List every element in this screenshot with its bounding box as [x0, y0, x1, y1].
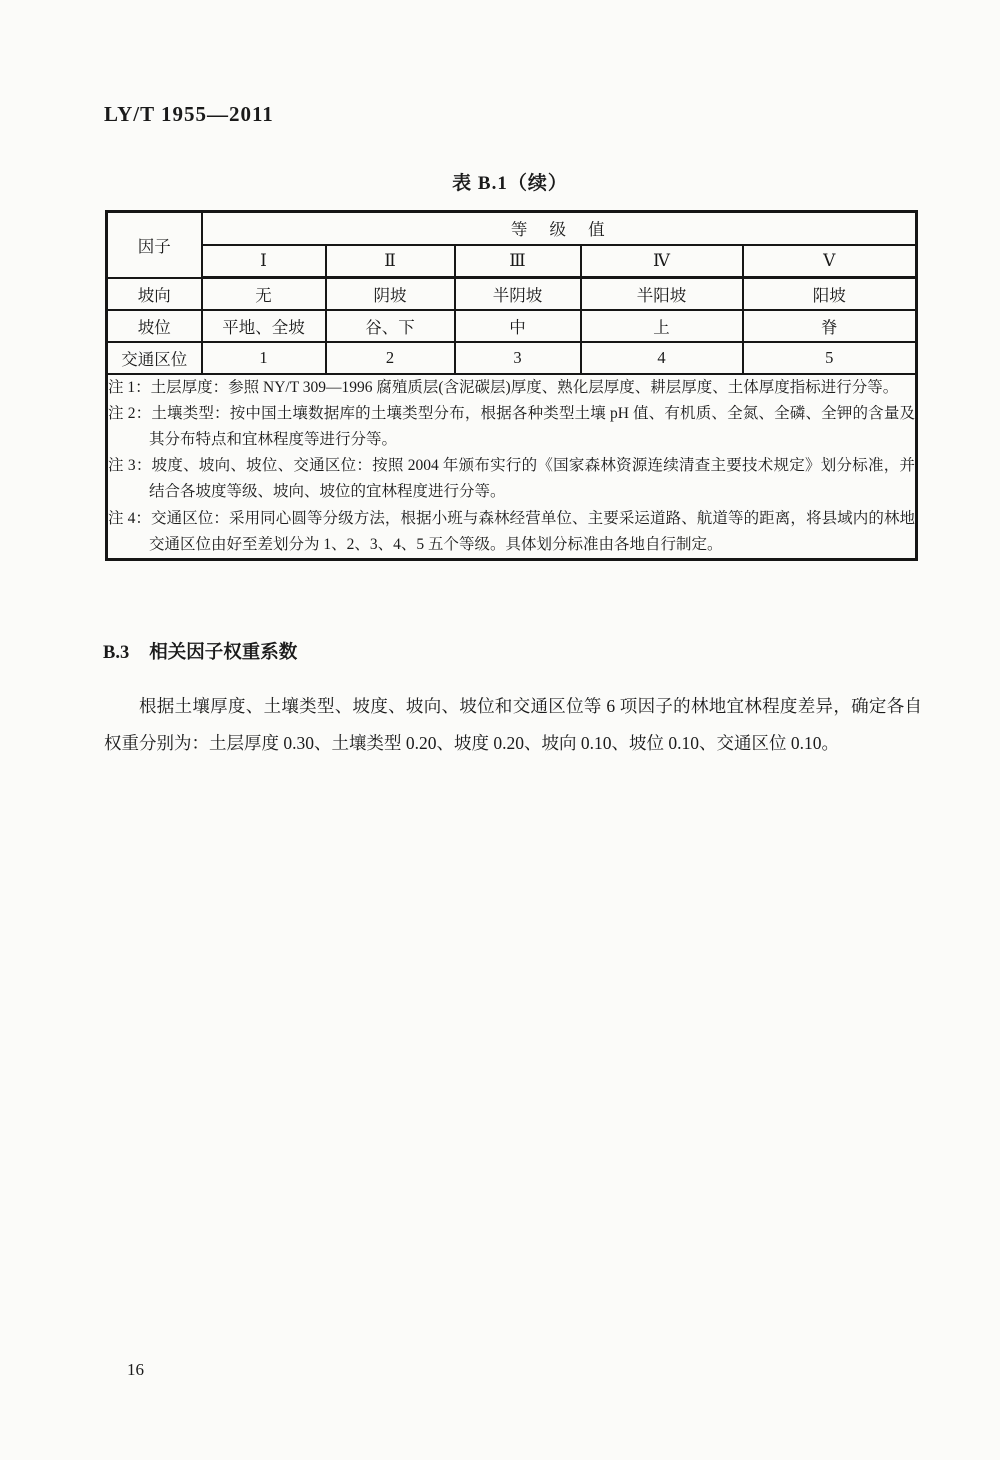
table-header-row-2: Ⅰ Ⅱ Ⅲ Ⅳ Ⅴ: [107, 245, 917, 278]
cell-value: 1: [202, 342, 326, 374]
cell-value: 阳坡: [743, 278, 917, 310]
section-number: B.3: [103, 643, 129, 663]
table-note-4: 注 4：交通区位：采用同心圆等分级方法，根据小班与森林经营单位、主要采运道路、航…: [108, 506, 915, 558]
row-factor-label: 坡位: [107, 310, 202, 342]
cell-value: 阴坡: [326, 278, 455, 310]
table-row-slope-aspect: 坡向 无 阴坡 半阴坡 半阳坡 阳坡: [107, 278, 917, 310]
table-row-slope-position: 坡位 平地、全坡 谷、下 中 上 脊: [107, 310, 917, 342]
header-cell-grade-value: 等 级 值: [202, 212, 917, 245]
note-text: 坡度、坡向、坡位、交通区位：按照 2004 年颁布实行的《国家森林资源连续清查主…: [149, 457, 915, 500]
row-factor-label: 坡向: [107, 278, 202, 310]
cell-value: 5: [743, 342, 917, 374]
table-note-1: 注 1：土层厚度：参照 NY/T 309—1996 腐殖质层(含泥碳层)厚度、熟…: [108, 375, 915, 401]
cell-value: 半阳坡: [581, 278, 743, 310]
header-cell-grade-1: Ⅰ: [202, 245, 326, 278]
table-row-traffic-location: 交通区位 1 2 3 4 5: [107, 342, 917, 374]
header-cell-grade-4: Ⅳ: [581, 245, 743, 278]
cell-value: 平地、全坡: [202, 310, 326, 342]
table-note-3: 注 3：坡度、坡向、坡位、交通区位：按照 2004 年颁布实行的《国家森林资源连…: [108, 453, 915, 505]
cell-value: 中: [455, 310, 581, 342]
note-label: 注 1：: [108, 379, 151, 396]
section-heading: B.3相关因子权重系数: [103, 638, 297, 664]
header-cell-factor: 因子: [107, 212, 202, 278]
page-number: 16: [127, 1360, 144, 1380]
header-cell-grade-2: Ⅱ: [326, 245, 455, 278]
standard-code: LY/T 1955—2011: [104, 102, 274, 127]
header-cell-grade-3: Ⅲ: [455, 245, 581, 278]
note-text: 土层厚度：参照 NY/T 309—1996 腐殖质层(含泥碳层)厚度、熟化层厚度…: [151, 379, 899, 396]
cell-value: 半阴坡: [455, 278, 581, 310]
section-title: 相关因子权重系数: [149, 643, 297, 663]
note-text: 土壤类型：按中国土壤数据库的土壤类型分布，根据各种类型土壤 pH 值、有机质、全…: [149, 405, 915, 448]
row-factor-label: 交通区位: [107, 342, 202, 374]
document-page: LY/T 1955—2011 表 B.1（续） 因子 等 级 值 Ⅰ Ⅱ Ⅲ Ⅳ…: [0, 0, 1000, 1460]
note-label: 注 3：: [108, 457, 152, 474]
cell-value: 4: [581, 342, 743, 374]
cell-value: 2: [326, 342, 455, 374]
cell-value: 无: [202, 278, 326, 310]
note-label: 注 4：: [108, 510, 151, 527]
table-notes-cell: 注 1：土层厚度：参照 NY/T 309—1996 腐殖质层(含泥碳层)厚度、熟…: [107, 374, 917, 560]
grade-value-table: 因子 等 级 值 Ⅰ Ⅱ Ⅲ Ⅳ Ⅴ 坡向 无 阴坡 半阴坡 半阳坡 阳坡 坡位…: [105, 210, 918, 561]
cell-value: 3: [455, 342, 581, 374]
table-note-2: 注 2：土壤类型：按中国土壤数据库的土壤类型分布，根据各种类型土壤 pH 值、有…: [108, 401, 915, 453]
header-cell-grade-5: Ⅴ: [743, 245, 917, 278]
cell-value: 脊: [743, 310, 917, 342]
table-notes-row: 注 1：土层厚度：参照 NY/T 309—1996 腐殖质层(含泥碳层)厚度、熟…: [107, 374, 917, 560]
table-title: 表 B.1（续）: [105, 168, 915, 195]
cell-value: 上: [581, 310, 743, 342]
cell-value: 谷、下: [326, 310, 455, 342]
note-text: 交通区位：采用同心圆等分级方法，根据小班与森林经营单位、主要采运道路、航道等的距…: [149, 510, 915, 553]
table-header-row-1: 因子 等 级 值: [107, 212, 917, 245]
section-paragraph: 根据土壤厚度、土壤类型、坡度、坡向、坡位和交通区位等 6 项因子的林地宜林程度差…: [104, 688, 922, 762]
note-label: 注 2：: [108, 405, 151, 422]
